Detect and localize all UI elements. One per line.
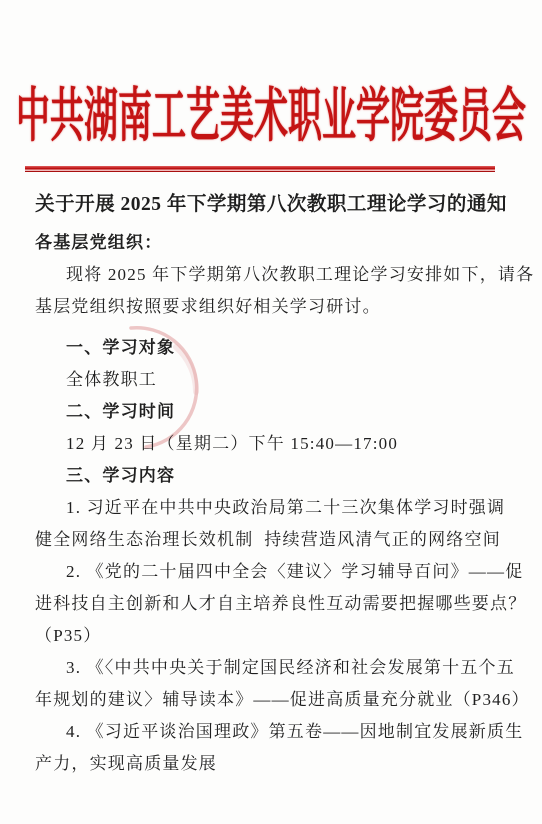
section-1-line: 全体教职工 (35, 364, 513, 396)
section-3-line: 3. 《〈中共中央关于制定国民经济和社会发展第十五个五 (35, 652, 513, 684)
section-3-line: （P35） (35, 620, 513, 652)
document-title: 关于开展 2025 年下学期第八次教职工理论学习的通知 (0, 188, 542, 216)
document-body: 各基层党组织： 现将 2025 年下学期第八次教职工理论学习安排如下，请各 基层… (35, 227, 513, 780)
section-3-line: 1. 习近平在中共中央政治局第二十三次集体学习时强调 (35, 492, 513, 524)
document-page: 中共湖南工艺美术职业学院委员会 关于开展 2025 年下学期第八次教职工理论学习… (0, 0, 542, 824)
section-3-line: 年规划的建议〉辅导读本》——促进高质量充分就业（P346） (35, 684, 513, 716)
intro-line-1: 现将 2025 年下学期第八次教职工理论学习安排如下，请各 (35, 259, 513, 291)
letterhead-rule (25, 166, 495, 172)
section-3-line: 2. 《党的二十届四中全会〈建议〉学习辅导百问》——促 (35, 556, 513, 588)
section-3-line: 4. 《习近平谈治国理政》第五卷——因地制宜发展新质生 (35, 716, 513, 748)
section-heading-3: 三、学习内容 (35, 460, 513, 492)
intro-line-2: 基层党组织按照要求组织好相关学习研讨。 (35, 291, 513, 323)
salutation: 各基层党组织： (35, 227, 513, 259)
letterhead-title: 中共湖南工艺美术职业学院委员会 (0, 89, 542, 147)
section-2-line: 12 月 23 日（星期二）下午 15:40—17:00 (35, 428, 513, 460)
section-3-line: 进科技自主创新和人才自主培养良性互动需要把握哪些要点？ (35, 588, 513, 620)
section-heading-1: 一、学习对象 (35, 332, 513, 364)
section-3-line: 产力，实现高质量发展 (35, 748, 513, 780)
section-3-line: 健全网络生态治理长效机制 持续营造风清气正的网络空间 (35, 524, 513, 556)
section-heading-2: 二、学习时间 (35, 396, 513, 428)
